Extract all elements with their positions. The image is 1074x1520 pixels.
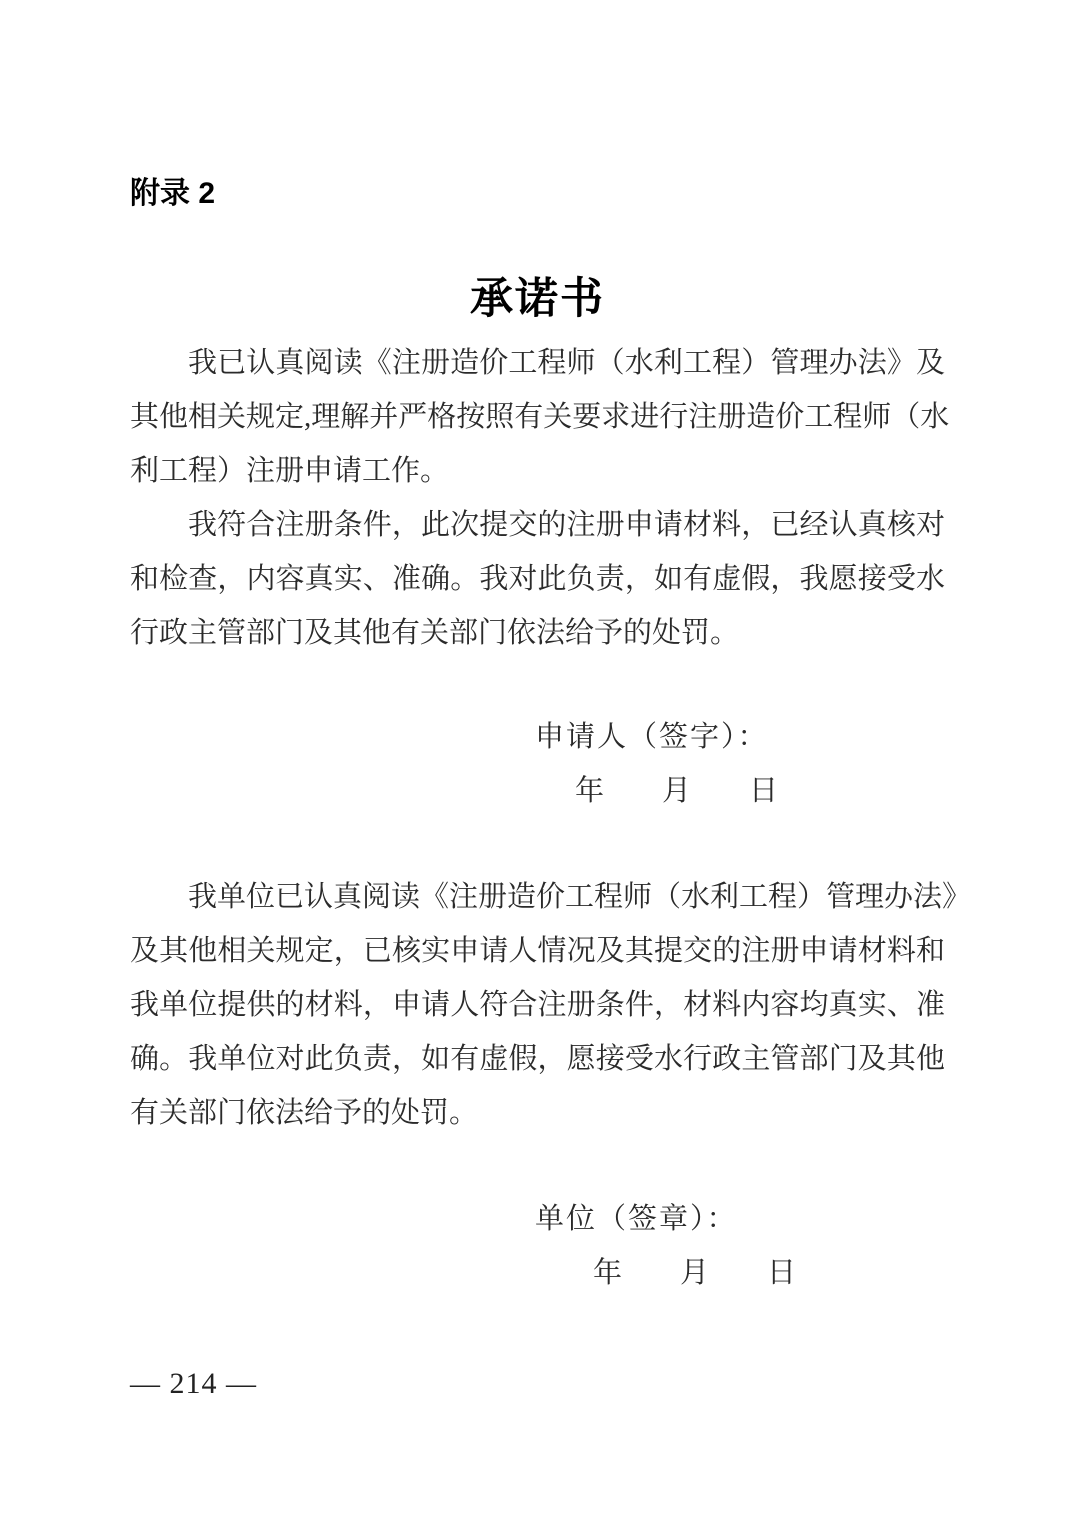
- applicant-date-line: 年 月 日: [575, 764, 945, 818]
- text-line: 我符合注册条件，此次提交的注册申请材料，已经认真核对: [130, 498, 945, 552]
- text-line: 行政主管部门及其他有关部门依法给予的处罚。: [130, 606, 945, 660]
- document-page: 附录 2 承诺书 我已认真阅读《注册造价工程师（水利工程）管理办法》及 其他相关…: [0, 0, 1074, 1520]
- page-title: 承诺书: [130, 277, 945, 323]
- employer-signature-block: 单位（签章）： 年 月 日: [130, 1192, 945, 1300]
- text-line: 及其他相关规定，已核实申请人情况及其提交的注册申请材料和: [130, 924, 945, 978]
- applicant-signature-label: 申请人（签字）：: [535, 710, 945, 764]
- text-line: 有关部门依法给予的处罚。: [130, 1086, 945, 1140]
- text-line: 利工程）注册申请工作。: [130, 444, 945, 498]
- text-line: 我单位已认真阅读《注册造价工程师（水利工程）管理办法》: [130, 870, 945, 924]
- employer-commitment-paragraph: 我单位已认真阅读《注册造价工程师（水利工程）管理办法》 及其他相关规定，已核实申…: [130, 870, 945, 1140]
- text-line: 我已认真阅读《注册造价工程师（水利工程）管理办法》及: [130, 336, 945, 390]
- text-line: 其他相关规定,理解并严格按照有关要求进行注册造价工程师（水: [130, 390, 945, 444]
- employer-date-line: 年 月 日: [593, 1246, 945, 1300]
- personal-commitment-paragraph-1: 我已认真阅读《注册造价工程师（水利工程）管理办法》及 其他相关规定,理解并严格按…: [130, 336, 945, 498]
- document-content: 附录 2 承诺书 我已认真阅读《注册造价工程师（水利工程）管理办法》及 其他相关…: [0, 0, 1074, 1400]
- text-line: 我单位提供的材料，申请人符合注册条件，材料内容均真实、准: [130, 978, 945, 1032]
- page-number: — 214 —: [130, 1368, 945, 1400]
- employer-signature-label: 单位（签章）：: [535, 1192, 945, 1246]
- text-line: 确。我单位对此负责，如有虚假，愿接受水行政主管部门及其他: [130, 1032, 945, 1086]
- appendix-label: 附录 2: [130, 0, 945, 210]
- text-line: 和检查，内容真实、准确。我对此负责，如有虚假，我愿接受水: [130, 552, 945, 606]
- applicant-signature-block: 申请人（签字）： 年 月 日: [130, 710, 945, 818]
- personal-commitment-paragraph-2: 我符合注册条件，此次提交的注册申请材料，已经认真核对 和检查，内容真实、准确。我…: [130, 498, 945, 660]
